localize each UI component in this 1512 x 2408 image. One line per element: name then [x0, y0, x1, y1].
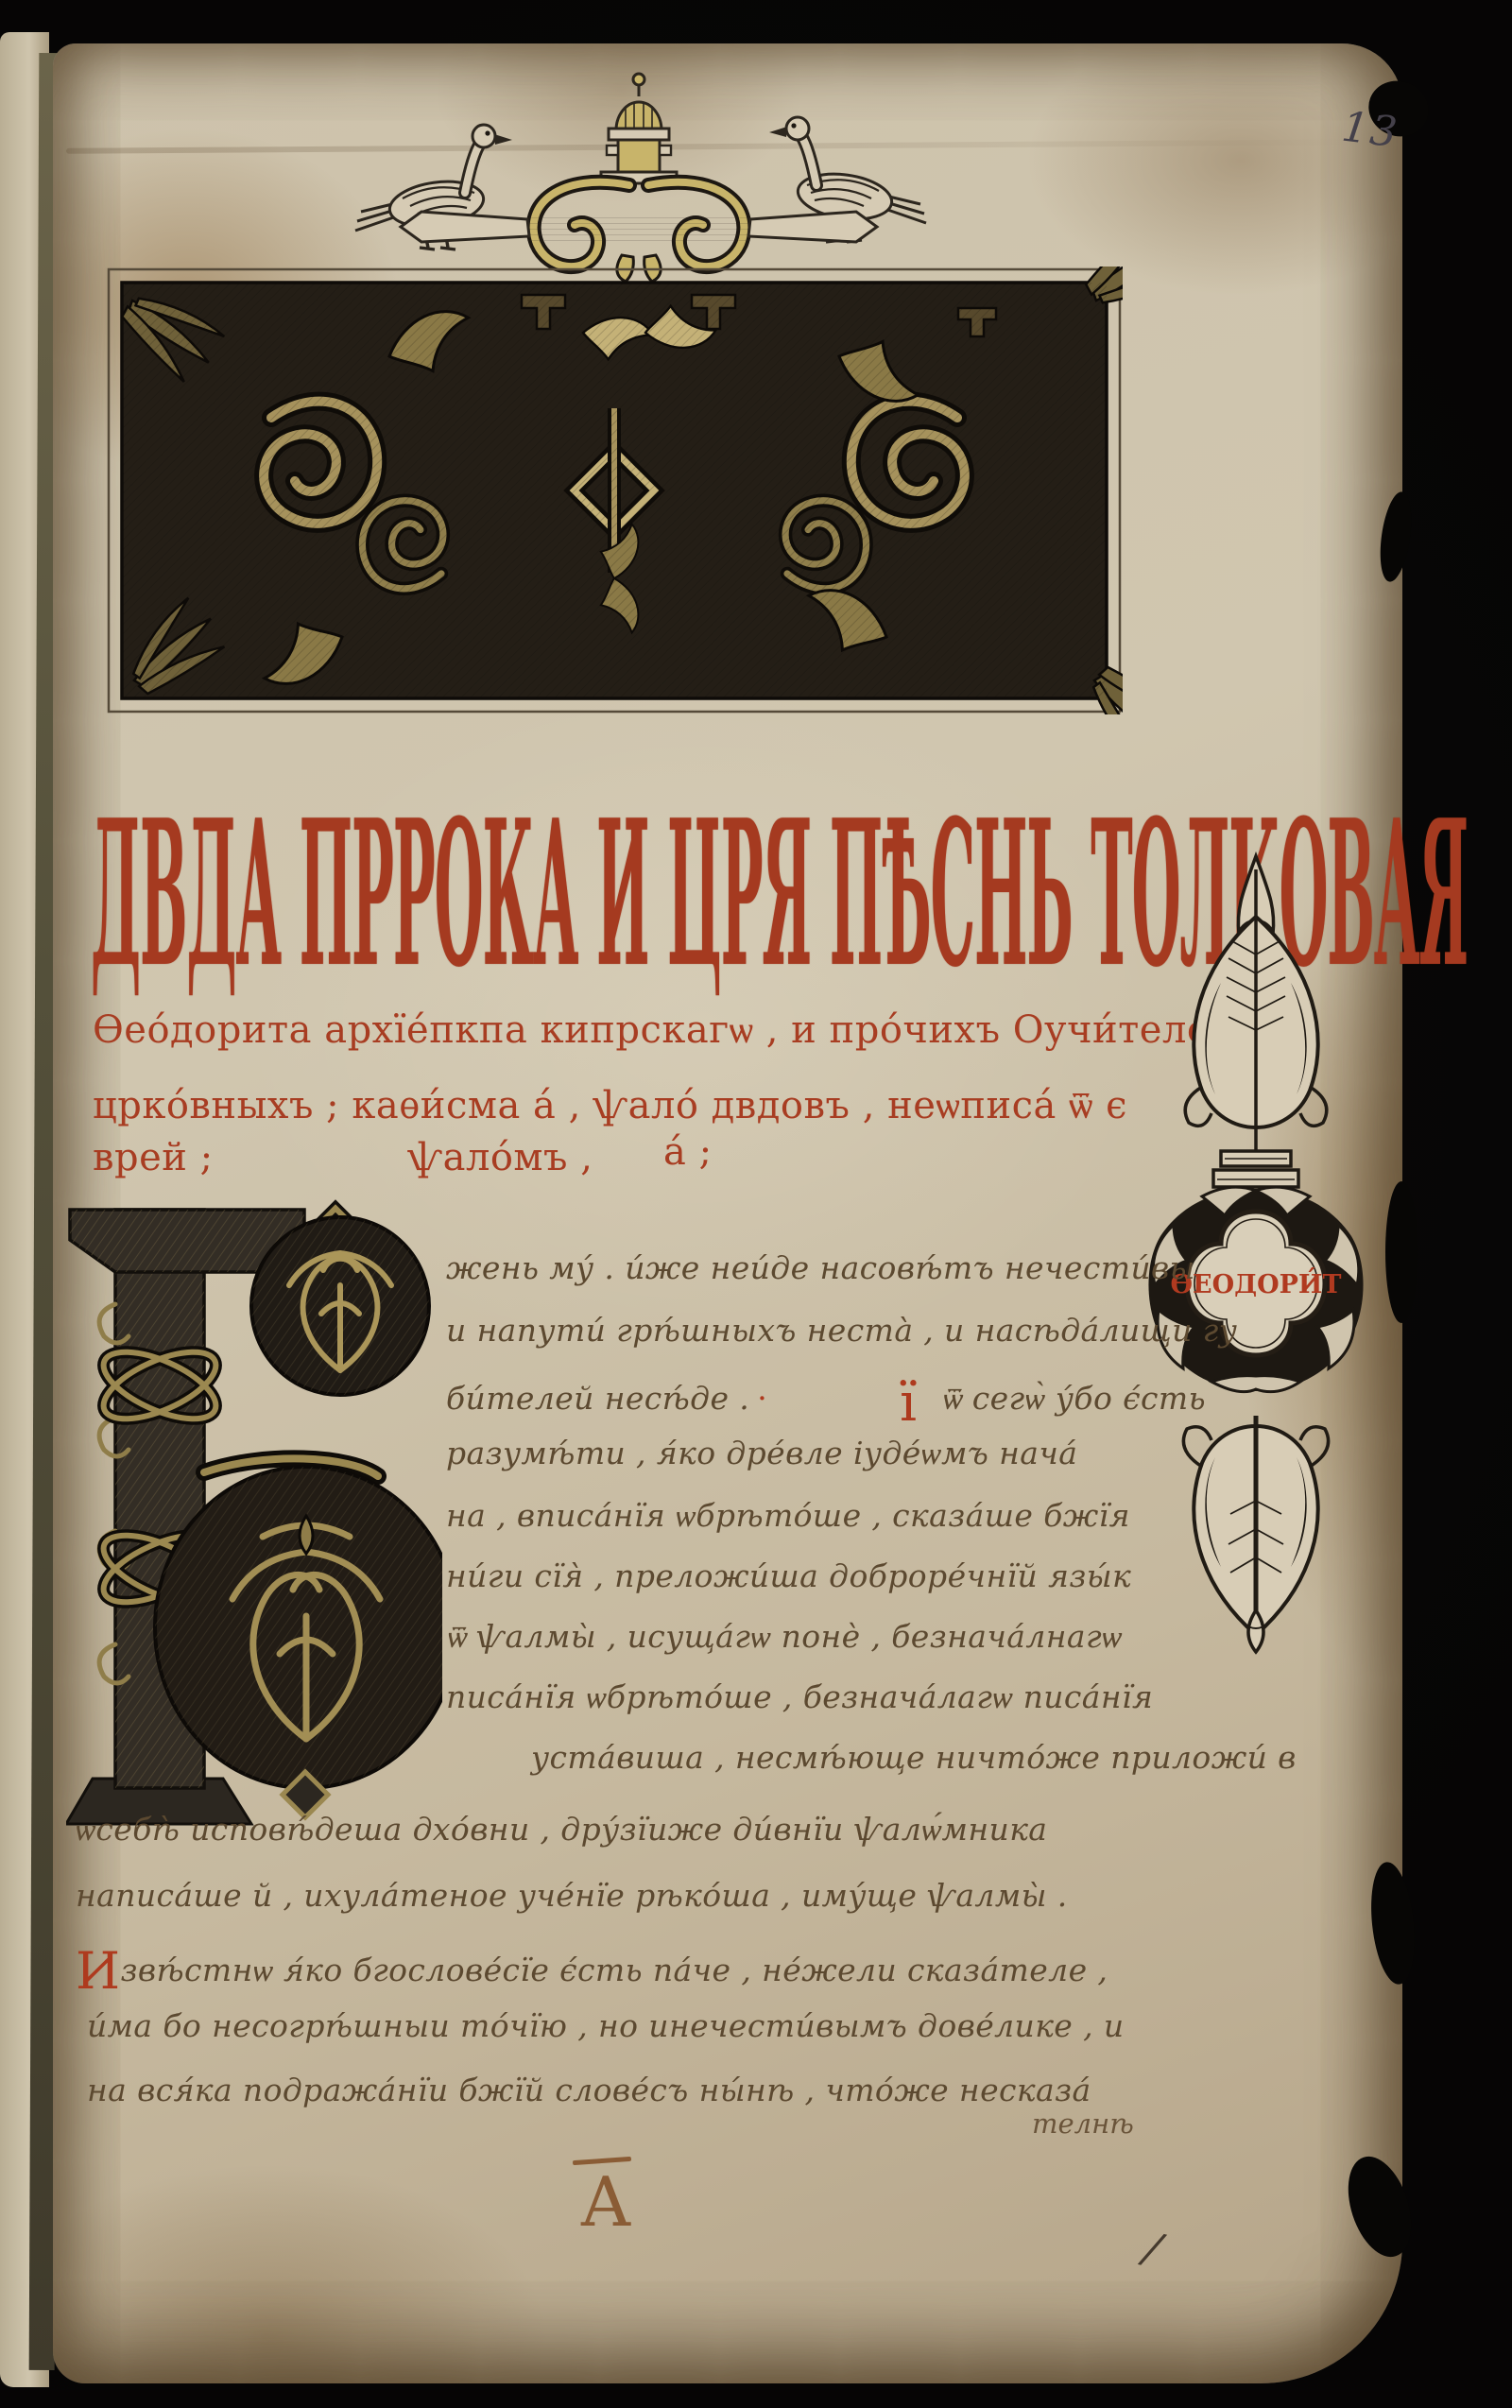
text-line: разумѣ́ти , я́ко дре́вле іуде́ѡмъ нача́ — [446, 1435, 1077, 1472]
text-line: жень му́ . и́же неи́де насовѣ́тъ нечести… — [446, 1249, 1195, 1286]
decorated-initial-letter-B — [66, 1172, 442, 1826]
rubric-line-1: Ѳео́дорита архїе́пкпа кипрскагѡ , и про́… — [93, 1007, 1235, 1052]
cartouche-label: ѲЕОДОРИ́Т — [1170, 1267, 1341, 1299]
text-line-segment: звѣ́стнѡ я́ко бгослове́сїе є́сть па́че ,… — [121, 1952, 1108, 1988]
photograph-of-manuscript-page: { "scene": { "backdrop_color": "#070605"… — [0, 0, 1512, 2408]
text-line: ѡсебѣ̀ исповѣ́деша дхо́вни , дру́зїиже д… — [76, 1811, 1047, 1849]
text-line: писа́нїя ѡбрѣто́ше , безнача́лагѡ писа́н… — [446, 1678, 1153, 1716]
text-line: на вся́ка подража́нїи бжїй слове́съ ны́н… — [87, 2072, 1091, 2108]
quire-signature: А — [563, 2162, 648, 2242]
red-initial-i: ї — [900, 1372, 917, 1434]
text-line: уста́виша , несмѣ́юще ничто́же приложи́ … — [531, 1739, 1297, 1776]
headpiece-crest-with-birds-drawing — [336, 70, 941, 284]
catchword: телнѣ — [1032, 2107, 1134, 2140]
leaf-spire-icon — [1185, 856, 1327, 1187]
red-initial-letter: И — [76, 1941, 121, 2001]
folio-number: 13 — [1339, 103, 1401, 158]
headpiece-ornament-panel — [106, 267, 1123, 714]
text-line: написа́ше й , ихула́теное уче́нїе рѣко́ш… — [76, 1877, 1068, 1914]
text-line: на , вписа́нїя ѡбрѣто́ше , сказа́ше бжїя — [446, 1497, 1130, 1535]
text-line: ни́ги сїя̀ , преложи́ша доброре́чнїй язы… — [446, 1557, 1131, 1594]
text-line-segment: ѿ сегѡ̀ у́бо є́сть — [941, 1380, 1206, 1417]
text-line: и напути́ грѣ́шныхъ неста̀ , и насѣда́ли… — [446, 1312, 1237, 1349]
vyaz-title-band: ДВДА ПРРОКА И ЦРЯ ПѢСНЬ ТОЛКОВАЯ — [91, 775, 1153, 992]
text-line: Извѣ́стнѡ я́ко бгослове́сїе є́сть па́че … — [76, 1941, 1108, 2001]
acanthus-pendant-icon — [1183, 1416, 1328, 1652]
cartouche: ѲЕОДОРИ́Т — [1148, 1187, 1363, 1392]
rubric-line-2: црко́вныхъ ; каѳи́сма а́ , ѱало́ двдовъ … — [93, 1083, 1127, 1127]
rubric-line-3c: а́ ; — [663, 1130, 713, 1174]
text-line: и́ма бо несогрѣ́шныи то́чїю , но инечест… — [87, 2007, 1125, 2044]
red-dot-mark: · — [757, 1380, 767, 1417]
text-line: ѿ ѱалмы̀ , исуща́гѡ понѐ , безнача́лнагѡ — [446, 1618, 1122, 1656]
text-line-segment: би́телей несѣ́де . — [446, 1380, 749, 1417]
torn-edge-notch — [1385, 1181, 1417, 1323]
text-line: би́телей несѣ́де .·їѿ сегѡ̀ у́бо є́сть — [446, 1372, 1206, 1434]
